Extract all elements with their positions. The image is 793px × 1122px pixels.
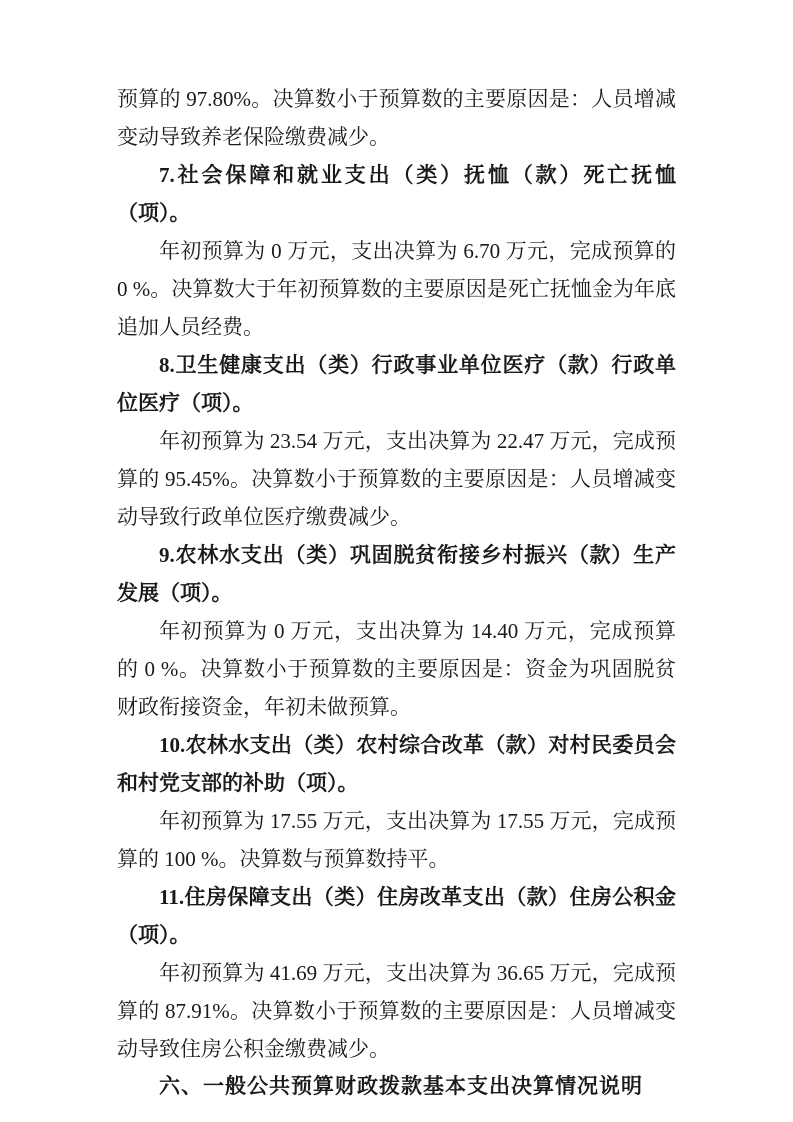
heading-item-10-village-subsidy: 10.农林水支出（类）农村综合改革（款）对村民委员会和村党支部的补助（项）。: [117, 726, 676, 802]
paragraph-item-11-detail: 年初预算为 41.69 万元，支出决算为 36.65 万元，完成预算的 87.9…: [117, 954, 676, 1068]
heading-item-8-admin-medical: 8.卫生健康支出（类）行政事业单位医疗（款）行政单位医疗（项）。: [117, 346, 676, 422]
paragraph-item-9-detail: 年初预算为 0 万元，支出决算为 14.40 万元，完成预算的 0 %。决算数小…: [117, 612, 676, 726]
heading-item-7-death-pension: 7.社会保障和就业支出（类）抚恤（款）死亡抚恤（项）。: [117, 156, 676, 232]
heading-item-11-housing-fund: 11.住房保障支出（类）住房改革支出（款）住房公积金（项）。: [117, 878, 676, 954]
paragraph-pension-reason-continuation: 预算的 97.80%。决算数小于预算数的主要原因是：人员增减变动导致养老保险缴费…: [117, 80, 676, 156]
paragraph-item-8-detail: 年初预算为 23.54 万元，支出决算为 22.47 万元，完成预算的 95.4…: [117, 422, 676, 536]
heading-item-9-rural-revitalization: 9.农林水支出（类）巩固脱贫衔接乡村振兴（款）生产发展（项）。: [117, 536, 676, 612]
paragraph-item-10-detail: 年初预算为 17.55 万元，支出决算为 17.55 万元，完成预算的 100 …: [117, 802, 676, 878]
document-page: 预算的 97.80%。决算数小于预算数的主要原因是：人员增减变动导致养老保险缴费…: [0, 0, 793, 1122]
heading-section-6-basic-expenditure: 六、一般公共预算财政拨款基本支出决算情况说明: [117, 1068, 676, 1106]
paragraph-item-7-detail: 年初预算为 0 万元，支出决算为 6.70 万元，完成预算的 0 %。决算数大于…: [117, 232, 676, 346]
